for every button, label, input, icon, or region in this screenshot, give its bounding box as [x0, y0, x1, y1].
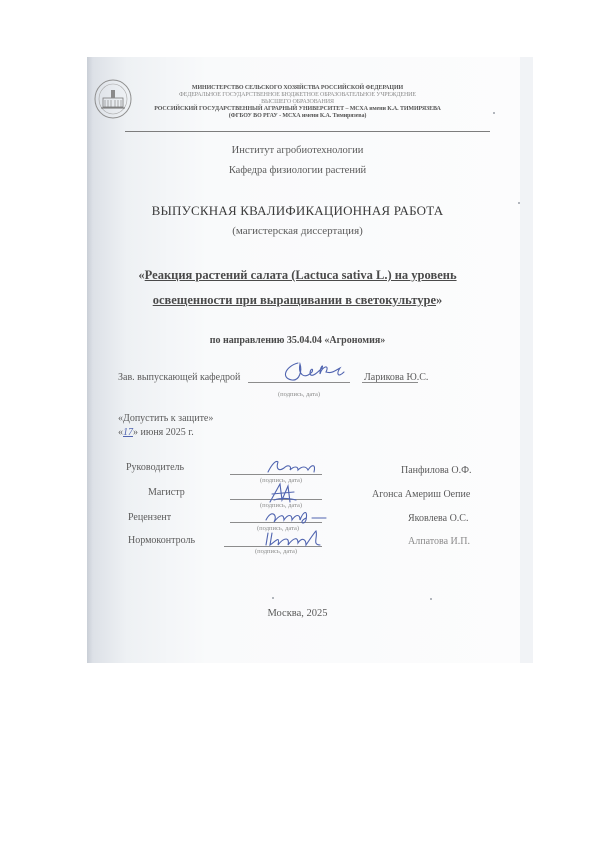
signature — [262, 506, 328, 526]
scan-speck — [518, 202, 520, 204]
thesis-title-line-1: «Реакция растений салата (Lactuca sativa… — [0, 268, 595, 283]
header-university: РОССИЙСКИЙ ГОСУДАРСТВЕННЫЙ АГРАРНЫЙ УНИВ… — [0, 106, 595, 113]
admission-text: «Допустить к защите» — [118, 413, 213, 424]
scan-speck — [493, 112, 495, 114]
work-subtype: (магистерская диссертация) — [0, 225, 595, 237]
admission-day: 17 — [123, 427, 133, 438]
signatory-role: Рецензент — [128, 512, 171, 523]
scan-speck — [272, 597, 274, 599]
signatory-name: Панфилова О.Ф. — [401, 465, 471, 476]
head-of-department-signature — [278, 360, 353, 384]
head-of-department-caption: (подпись, дата) — [278, 391, 320, 398]
signatory-name: Алпатова И.П. — [408, 536, 470, 547]
department-name: Кафедра физиологии растений — [0, 165, 595, 176]
header-education-level: ВЫСШЕГО ОБРАЗОВАНИЯ — [0, 99, 595, 106]
city-year: Москва, 2025 — [0, 608, 595, 619]
work-type-heading: ВЫПУСКНАЯ КВАЛИФИКАЦИОННАЯ РАБОТА — [0, 203, 595, 219]
title-close-quote: » — [436, 293, 442, 307]
signatory-name: Яковлева О.С. — [408, 513, 468, 524]
header-institution-type: ФЕДЕРАЛЬНОЕ ГОСУДАРСТВЕННОЕ БЮДЖЕТНОЕ ОБ… — [0, 92, 595, 99]
signature-caption: (подпись, дата) — [255, 548, 297, 555]
title-text-1: Реакция растений салата (Lactuca sativa … — [145, 268, 457, 282]
head-of-department-name-underline — [362, 382, 418, 383]
admission-date: «17» июня 2025 г. — [118, 427, 194, 438]
institute-name: Институт агробиотехнологии — [0, 145, 595, 156]
signatory-name: Агонса Америш Оепие — [372, 489, 470, 500]
signatory-role: Магистр — [148, 487, 185, 498]
study-direction: по направлению 35.04.04 «Агрономия» — [0, 335, 595, 346]
thesis-title-line-2: освещенности при выращивании в светокуль… — [0, 293, 595, 308]
admission-month-year: » июня 2025 г. — [133, 427, 194, 438]
signatory-role: Нормоконтроль — [128, 535, 195, 546]
header-ministry: МИНИСТЕРСТВО СЕЛЬСКОГО ХОЗЯЙСТВА РОССИЙС… — [0, 85, 595, 92]
header-abbreviation: (ФГБОУ ВО РГАУ - МСХА имени К.А. Тимиряз… — [0, 113, 595, 120]
scan-speck — [430, 598, 432, 600]
signatory-role: Руководитель — [126, 462, 184, 473]
signature — [262, 529, 324, 549]
header-divider — [125, 131, 490, 132]
title-text-2: освещенности при выращивании в светокуль… — [153, 293, 436, 307]
signature — [262, 458, 322, 476]
head-of-department-label: Зав. выпускающей кафедрой — [118, 372, 240, 383]
